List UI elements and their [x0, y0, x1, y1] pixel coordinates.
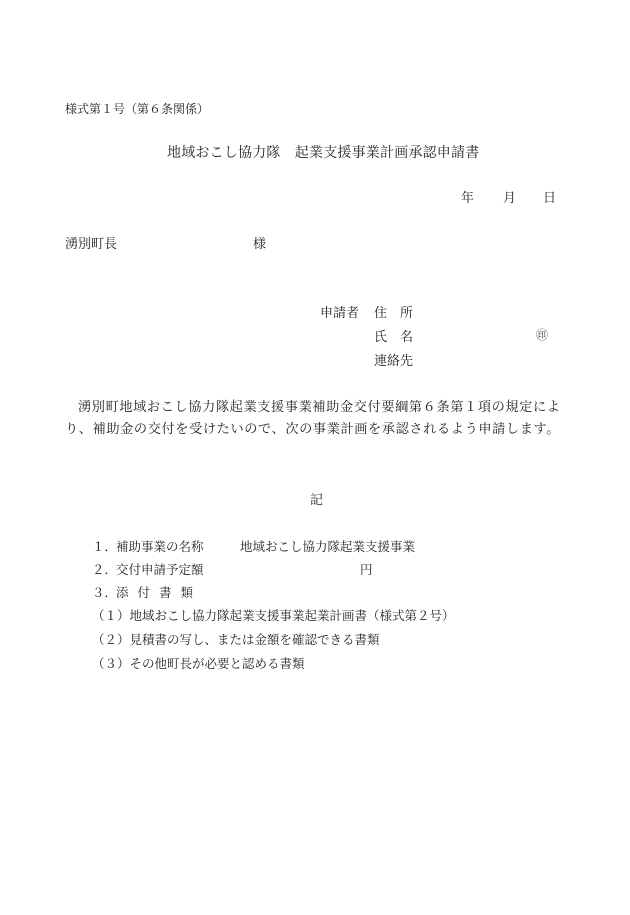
ki-heading: 記 — [310, 489, 323, 508]
applicant-address-label: 住 所 — [374, 302, 413, 321]
seal-icon: ㊞ — [536, 326, 548, 343]
item-requested-amount-unit: 円 — [360, 560, 373, 578]
item-label: 補助事業の名称 — [116, 539, 204, 554]
attachment-text: 地域おこし協力隊起業支援事業起業計画書（様式第２号） — [130, 608, 455, 623]
date-day-label: 日 — [543, 187, 556, 206]
item-number: ３． — [92, 583, 116, 601]
addressee-honorific: 様 — [253, 233, 266, 252]
date-year-label: 年 — [461, 187, 474, 206]
attachment-number: （２） — [92, 632, 130, 647]
item-business-name-value: 地域おこし協力隊起業支援事業 — [240, 537, 415, 555]
attachment-text: 見積書の写し、または金額を確認できる書類 — [130, 632, 380, 647]
form-number: 様式第１号（第６条関係） — [65, 100, 209, 117]
applicant-name-label: 氏 名 — [374, 326, 413, 345]
item-attachments: ３．添付書類 — [92, 583, 202, 601]
addressee-name: 湧別町長 — [65, 233, 117, 252]
document-page: 様式第１号（第６条関係） 地域おこし協力隊 起業支援事業計画承認申請書 年 月 … — [0, 0, 630, 915]
item-number: ２． — [92, 560, 116, 578]
item-requested-amount: ２．交付申請予定額 — [92, 560, 204, 578]
attachment-text: その他町長が必要と認める書類 — [130, 656, 305, 671]
attachment-number: （３） — [92, 656, 130, 671]
attachment-item: （３）その他町長が必要と認める書類 — [92, 654, 305, 672]
attachment-number: （１） — [92, 608, 130, 623]
attachment-item: （２）見積書の写し、または金額を確認できる書類 — [92, 630, 380, 648]
attachment-item: （１）地域おこし協力隊起業支援事業起業計画書（様式第２号） — [92, 606, 455, 624]
item-label: 交付申請予定額 — [116, 562, 204, 577]
applicant-contact-label: 連絡先 — [374, 350, 413, 369]
applicant-label: 申請者 — [320, 302, 359, 321]
item-label: 添付書類 — [116, 585, 202, 600]
document-title: 地域おこし協力隊 起業支援事業計画承認申請書 — [167, 142, 479, 162]
date-month-label: 月 — [503, 187, 516, 206]
body-paragraph: 湧別町地域おこし協力隊起業支援事業補助金交付要綱第６条第１項の規定により、補助金… — [65, 397, 565, 441]
item-business-name: １．補助事業の名称 — [92, 537, 204, 555]
item-number: １． — [92, 537, 116, 555]
